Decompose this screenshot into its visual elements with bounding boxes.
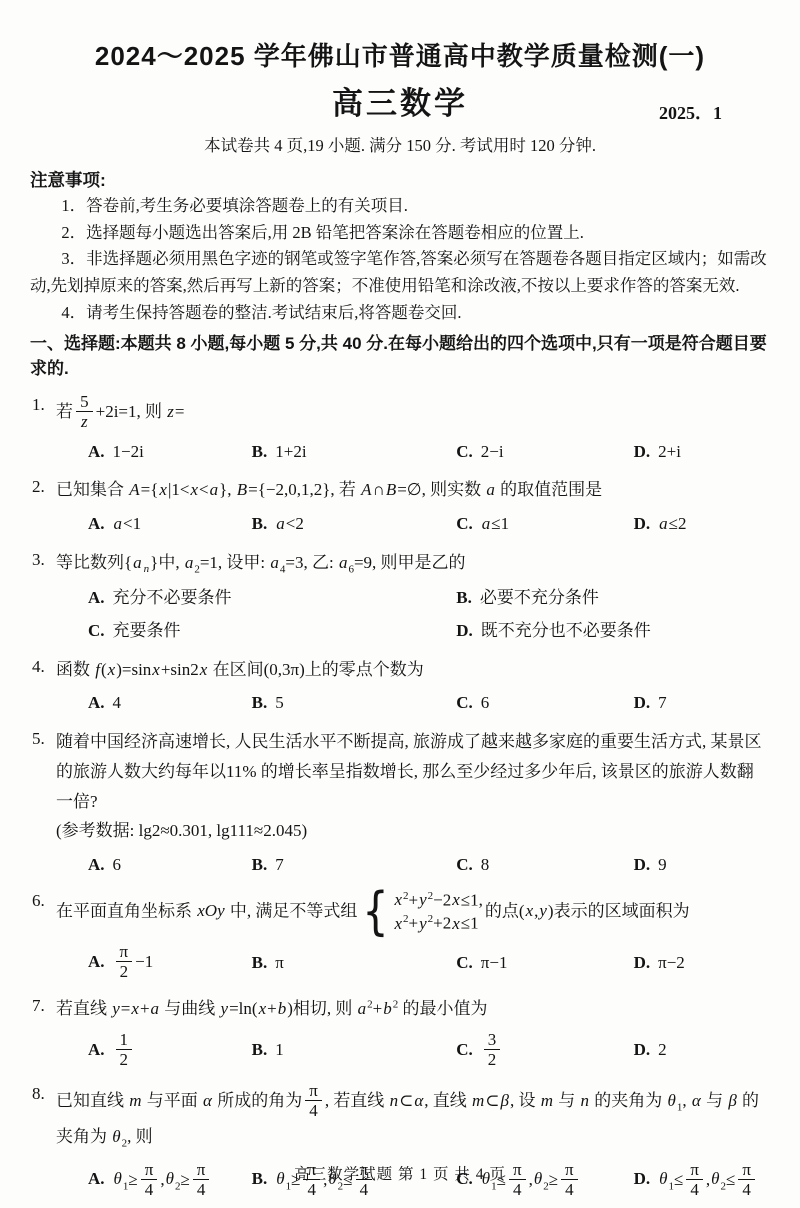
options: A.4B.5C.6D.7 xyxy=(88,691,770,716)
question: 1. 若5z+2i=1, 则 z= A.1−2iB.1+2iC.2−iD.2+i xyxy=(30,393,770,465)
option-letter: B. xyxy=(252,514,268,533)
question-stem: 若直线 y=x+a 与曲线 y=ln(x+b)相切, 则 a2+b2 的最小值为 xyxy=(56,994,770,1024)
option: C.a≤1 xyxy=(456,512,633,537)
notice-item: 1．答卷前,考生务必要填涂答题卷上的有关项目. xyxy=(30,193,770,220)
option-letter: B. xyxy=(252,693,268,712)
option: D.2+i xyxy=(634,440,770,465)
option: A.充分不必要条件 xyxy=(88,586,456,611)
question-stem: 随着中国经济高速增长, 人民生活水平不断提高, 旅游成了越来越多家庭的重要生活方… xyxy=(56,727,770,846)
question-stem: 函数 f(x)=sinx+sin2x 在区间(0,3π)上的零点个数为 xyxy=(56,655,770,685)
option-letter: C. xyxy=(456,1040,473,1059)
question: 7. 若直线 y=x+a 与曲线 y=ln(x+b)相切, 则 a2+b2 的最… xyxy=(30,994,770,1071)
option: A.1−2i xyxy=(88,440,252,465)
option: C.32 xyxy=(456,1031,633,1071)
option: A.4 xyxy=(88,691,252,716)
option-letter: B. xyxy=(456,588,472,607)
options: A.1−2iB.1+2iC.2−iD.2+i xyxy=(88,440,770,465)
option-letter: B. xyxy=(252,855,268,874)
option: A.6 xyxy=(88,853,252,878)
option-letter: A. xyxy=(88,514,105,533)
question-stem: 已知集合 A={x|1<x<a}, B={−2,0,1,2}, 若 A∩B=∅,… xyxy=(56,475,770,505)
option: D.2 xyxy=(634,1038,770,1063)
option-letter: B. xyxy=(252,953,268,972)
notice-item: 2．选择题每小题选出答案后,用 2B 铅笔把答案涂在答题卷相应的位置上. xyxy=(30,220,770,247)
option-letter: D. xyxy=(634,855,651,874)
option: B.a<2 xyxy=(252,512,457,537)
option-letter: D. xyxy=(634,1040,651,1059)
option: C.π−1 xyxy=(456,951,633,976)
question-number: 4. xyxy=(32,655,45,680)
options: A.充分不必要条件B.必要不充分条件C.充要条件D.既不充分也不必要条件 xyxy=(88,586,770,643)
option: B.必要不充分条件 xyxy=(456,586,770,611)
option-letter: A. xyxy=(88,588,105,607)
question-stem: 已知直线 m 与平面 α 所成的角为π4, 若直线 n⊂α, 直线 m⊂β, 设… xyxy=(56,1082,770,1154)
question: 4. 函数 f(x)=sinx+sin2x 在区间(0,3π)上的零点个数为 A… xyxy=(30,655,770,716)
option: B.7 xyxy=(252,853,457,878)
option-letter: D. xyxy=(634,693,651,712)
notice-section: 注意事项: 1．答卷前,考生务必要填涂答题卷上的有关项目. 2．选择题每小题选出… xyxy=(30,168,770,327)
question-number: 3. xyxy=(32,548,45,573)
question-number: 7. xyxy=(32,994,45,1019)
exam-page: 2024～2025 学年佛山市普通高中教学质量检测(一) 高三数学 2025．1… xyxy=(0,0,800,1208)
option-letter: B. xyxy=(252,1040,268,1059)
options: A.6B.7C.8D.9 xyxy=(88,853,770,878)
question-number: 1. xyxy=(32,393,45,418)
options: A.12B.1C.32D.2 xyxy=(88,1031,770,1071)
option-letter: D. xyxy=(634,514,651,533)
question-number: 5. xyxy=(32,727,45,752)
option-letter: D. xyxy=(634,953,651,972)
subject-title: 高三数学 xyxy=(332,82,468,127)
option-letter: C. xyxy=(456,855,473,874)
options: A.a<1B.a<2C.a≤1D.a≤2 xyxy=(88,512,770,537)
option-letter: B. xyxy=(252,442,268,461)
option: B.π xyxy=(252,951,457,976)
exam-title: 2024～2025 学年佛山市普通高中教学质量检测(一) xyxy=(30,38,770,76)
option: D.既不充分也不必要条件 xyxy=(456,619,770,644)
option: A.12 xyxy=(88,1031,252,1071)
subject-title-row: 高三数学 2025．1 xyxy=(30,82,770,128)
exam-info: 本试卷共 4 页,19 小题. 满分 150 分. 考试用时 120 分钟. xyxy=(30,134,770,158)
notice-item: 3．非选择题必须用黑色字迹的钢笔或签字笔作答,答案必须写在答题卷各题目指定区域内… xyxy=(30,246,770,299)
section-heading: 一、选择题:本题共 8 小题,每小题 5 分,共 40 分.在每小题给出的四个选… xyxy=(30,331,770,382)
question-number: 6. xyxy=(32,889,45,914)
option: C.6 xyxy=(456,691,633,716)
option: C.8 xyxy=(456,853,633,878)
question-stem: 若5z+2i=1, 则 z= xyxy=(56,393,770,433)
options: A.π2−1B.πC.π−1D.π−2 xyxy=(88,943,770,983)
question: 3. 等比数列{an}中, a2=1, 设甲: a4=3, 乙: a6=9, 则… xyxy=(30,548,770,644)
option-letter: C. xyxy=(456,442,473,461)
option: D.a≤2 xyxy=(634,512,770,537)
option-letter: C. xyxy=(456,693,473,712)
option: D.7 xyxy=(634,691,770,716)
question: 5. 随着中国经济高速增长, 人民生活水平不断提高, 旅游成了越来越多家庭的重要… xyxy=(30,727,770,878)
question-number: 2. xyxy=(32,475,45,500)
notice-item: 4．请考生保持答题卷的整洁.考试结束后,将答题卷交回. xyxy=(30,300,770,327)
exam-date: 2025．1 xyxy=(659,100,722,126)
option-letter: C. xyxy=(88,621,105,640)
option-letter: A. xyxy=(88,693,105,712)
page-footer: 高三数学试题 第 1 页 共 4 页 xyxy=(0,1164,800,1186)
question-stem: 等比数列{an}中, a2=1, 设甲: a4=3, 乙: a6=9, 则甲是乙… xyxy=(56,548,770,580)
questions: 1. 若5z+2i=1, 则 z= A.1−2iB.1+2iC.2−iD.2+i… xyxy=(30,393,770,1201)
option: C.2−i xyxy=(456,440,633,465)
option: C.充要条件 xyxy=(88,619,456,644)
question-stem: 在平面直角坐标系 xOy 中, 满足不等式组{x2+y2−2x≤1,x2+y2+… xyxy=(56,889,770,936)
option: A.π2−1 xyxy=(88,943,252,983)
option: D.π−2 xyxy=(634,951,770,976)
option-letter: A. xyxy=(88,952,105,971)
option: D.9 xyxy=(634,853,770,878)
question-number: 8. xyxy=(32,1082,45,1107)
option-letter: A. xyxy=(88,855,105,874)
option: B.1+2i xyxy=(252,440,457,465)
option-letter: A. xyxy=(88,442,105,461)
option-letter: A. xyxy=(88,1040,105,1059)
option: B.5 xyxy=(252,691,457,716)
option: A.a<1 xyxy=(88,512,252,537)
option-letter: D. xyxy=(634,442,651,461)
notice-heading: 注意事项: xyxy=(30,168,770,193)
option-letter: C. xyxy=(456,514,473,533)
option-letter: C. xyxy=(456,953,473,972)
question: 6. 在平面直角坐标系 xOy 中, 满足不等式组{x2+y2−2x≤1,x2+… xyxy=(30,889,770,983)
option: B.1 xyxy=(252,1038,457,1063)
question: 2. 已知集合 A={x|1<x<a}, B={−2,0,1,2}, 若 A∩B… xyxy=(30,475,770,536)
option-letter: D. xyxy=(456,621,473,640)
